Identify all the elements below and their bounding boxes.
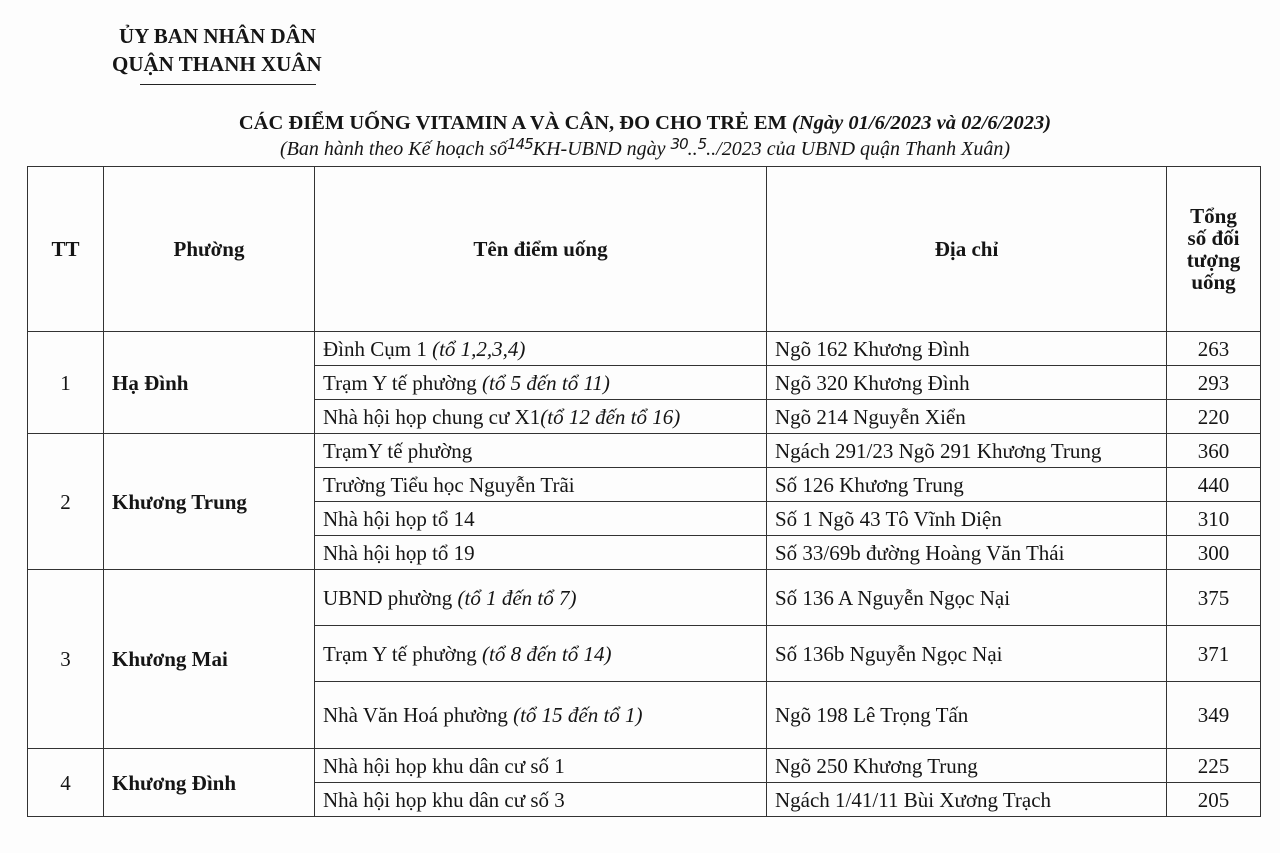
cell-tt: 1 <box>28 332 104 434</box>
point-name: Trường Tiểu học Nguyễn Trãi <box>323 473 575 497</box>
point-name: TrạmY tế phường <box>323 439 472 463</box>
org-line-2: QUẬN THANH XUÂN <box>112 50 362 78</box>
header-total-line: Tổng <box>1175 205 1252 227</box>
point-name: Nhà hội họp khu dân cư số 3 <box>323 788 565 812</box>
point-group-note: (tổ 5 đến tổ 11) <box>482 371 610 395</box>
cell-ward: Khương Trung <box>104 434 315 570</box>
point-name: Nhà hội họp khu dân cư số 1 <box>323 754 565 778</box>
point-group-note: (tổ 8 đến tổ 14) <box>482 642 611 666</box>
cell-point-name: UBND phường (tổ 1 đến tổ 7) <box>315 570 767 626</box>
table-row: 3Khương MaiUBND phường (tổ 1 đến tổ 7)Số… <box>28 570 1261 626</box>
cell-address: Số 136 A Nguyễn Ngọc Nại <box>767 570 1167 626</box>
cell-point-name: Trường Tiểu học Nguyễn Trãi <box>315 468 767 502</box>
cell-total-count: 310 <box>1167 502 1261 536</box>
point-group-note: (tổ 1 đến tổ 7) <box>458 586 577 610</box>
cell-total-count: 300 <box>1167 536 1261 570</box>
cell-total-count: 440 <box>1167 468 1261 502</box>
cell-ward: Khương Mai <box>104 570 315 749</box>
cell-total-count: 263 <box>1167 332 1261 366</box>
subtitle-suffix: ../2023 của UBND quận Thanh Xuân) <box>706 138 1010 160</box>
point-name: Nhà hội họp chung cư X1 <box>323 405 540 429</box>
point-group-note: (tổ 1,2,3,4) <box>432 337 525 361</box>
header-point: Tên điểm uống <box>315 167 767 332</box>
point-group-note: (tổ 12 đến tổ 16) <box>540 405 680 429</box>
cell-address: Ngách 1/41/11 Bùi Xương Trạch <box>767 783 1167 817</box>
subtitle-prefix: (Ban hành theo Kế hoạch số <box>280 138 507 160</box>
cell-address: Số 126 Khương Trung <box>767 468 1167 502</box>
cell-point-name: Nhà hội họp khu dân cư số 1 <box>315 749 767 783</box>
table-row: 4Khương ĐìnhNhà hội họp khu dân cư số 1N… <box>28 749 1261 783</box>
org-underline <box>140 84 316 85</box>
point-name: Đình Cụm 1 <box>323 337 432 361</box>
cell-tt: 4 <box>28 749 104 817</box>
point-name: Trạm Y tế phường <box>323 371 482 395</box>
cell-total-count: 349 <box>1167 682 1261 749</box>
cell-ward: Khương Đình <box>104 749 315 817</box>
document-title: CÁC ĐIỂM UỐNG VITAMIN A VÀ CÂN, ĐO CHO T… <box>0 111 1280 135</box>
cell-address: Số 33/69b đường Hoàng Văn Thái <box>767 536 1167 570</box>
table-row: 1Hạ ĐìnhĐình Cụm 1 (tổ 1,2,3,4)Ngõ 162 K… <box>28 332 1261 366</box>
cell-total-count: 360 <box>1167 434 1261 468</box>
cell-point-name: Trạm Y tế phường (tổ 5 đến tổ 11) <box>315 366 767 400</box>
header-total: Tổng số đối tượng uống <box>1167 167 1261 332</box>
header-tt: TT <box>28 167 104 332</box>
cell-point-name: Trạm Y tế phường (tổ 8 đến tổ 14) <box>315 626 767 682</box>
header-total-line: uống <box>1175 271 1252 293</box>
cell-address: Ngõ 320 Khương Đình <box>767 366 1167 400</box>
cell-total-count: 220 <box>1167 400 1261 434</box>
point-name: UBND phường <box>323 586 458 610</box>
cell-address: Ngõ 250 Khương Trung <box>767 749 1167 783</box>
document-subtitle: (Ban hành theo Kế hoạch số145KH-UBND ngà… <box>0 137 1280 162</box>
cell-point-name: Nhà hội họp tổ 19 <box>315 536 767 570</box>
header-ward: Phường <box>104 167 315 332</box>
handwritten-month: 5 <box>698 135 707 153</box>
cell-tt: 3 <box>28 570 104 749</box>
cell-address: Số 136b Nguyễn Ngọc Nại <box>767 626 1167 682</box>
table-header-row: TT Phường Tên điểm uống Địa chỉ Tổng số … <box>28 167 1261 332</box>
header-address: Địa chỉ <box>767 167 1167 332</box>
cell-address: Ngõ 198 Lê Trọng Tấn <box>767 682 1167 749</box>
cell-address: Ngõ 214 Nguyễn Xiển <box>767 400 1167 434</box>
table-row: 2Khương TrungTrạmY tế phườngNgách 291/23… <box>28 434 1261 468</box>
point-name: Nhà hội họp tổ 14 <box>323 507 475 531</box>
point-name: Nhà hội họp tổ 19 <box>323 541 475 565</box>
handwritten-day: 30 <box>671 135 688 153</box>
subtitle-middle: KH-UBND ngày <box>533 138 671 160</box>
cell-point-name: TrạmY tế phường <box>315 434 767 468</box>
cell-address: Ngõ 162 Khương Đình <box>767 332 1167 366</box>
title-dates: (Ngày 01/6/2023 và 02/6/2023) <box>792 112 1051 134</box>
cell-point-name: Nhà Văn Hoá phường (tổ 15 đến tổ 1) <box>315 682 767 749</box>
header-total-line: tượng <box>1175 249 1252 271</box>
header-total-line: số đối <box>1175 227 1252 249</box>
cell-address: Số 1 Ngõ 43 Tô Vĩnh Diện <box>767 502 1167 536</box>
cell-total-count: 293 <box>1167 366 1261 400</box>
cell-tt: 2 <box>28 434 104 570</box>
cell-point-name: Đình Cụm 1 (tổ 1,2,3,4) <box>315 332 767 366</box>
cell-point-name: Nhà hội họp khu dân cư số 3 <box>315 783 767 817</box>
vitamin-a-points-table: TT Phường Tên điểm uống Địa chỉ Tổng số … <box>27 166 1261 817</box>
org-line-1: ỦY BAN NHÂN DÂN <box>112 22 362 50</box>
cell-total-count: 225 <box>1167 749 1261 783</box>
cell-total-count: 205 <box>1167 783 1261 817</box>
handwritten-plan-number: 145 <box>507 135 533 153</box>
cell-point-name: Nhà hội họp chung cư X1(tổ 12 đến tổ 16) <box>315 400 767 434</box>
title-main: CÁC ĐIỂM UỐNG VITAMIN A VÀ CÂN, ĐO CHO T… <box>239 112 792 134</box>
point-name: Nhà Văn Hoá phường <box>323 703 513 727</box>
cell-point-name: Nhà hội họp tổ 14 <box>315 502 767 536</box>
issuing-authority: ỦY BAN NHÂN DÂN QUẬN THANH XUÂN <box>112 22 362 78</box>
subtitle-dots: .. <box>688 138 698 160</box>
cell-ward: Hạ Đình <box>104 332 315 434</box>
point-name: Trạm Y tế phường <box>323 642 482 666</box>
point-group-note: (tổ 15 đến tổ 1) <box>513 703 642 727</box>
cell-total-count: 371 <box>1167 626 1261 682</box>
table-body: 1Hạ ĐìnhĐình Cụm 1 (tổ 1,2,3,4)Ngõ 162 K… <box>28 332 1261 817</box>
cell-total-count: 375 <box>1167 570 1261 626</box>
cell-address: Ngách 291/23 Ngõ 291 Khương Trung <box>767 434 1167 468</box>
